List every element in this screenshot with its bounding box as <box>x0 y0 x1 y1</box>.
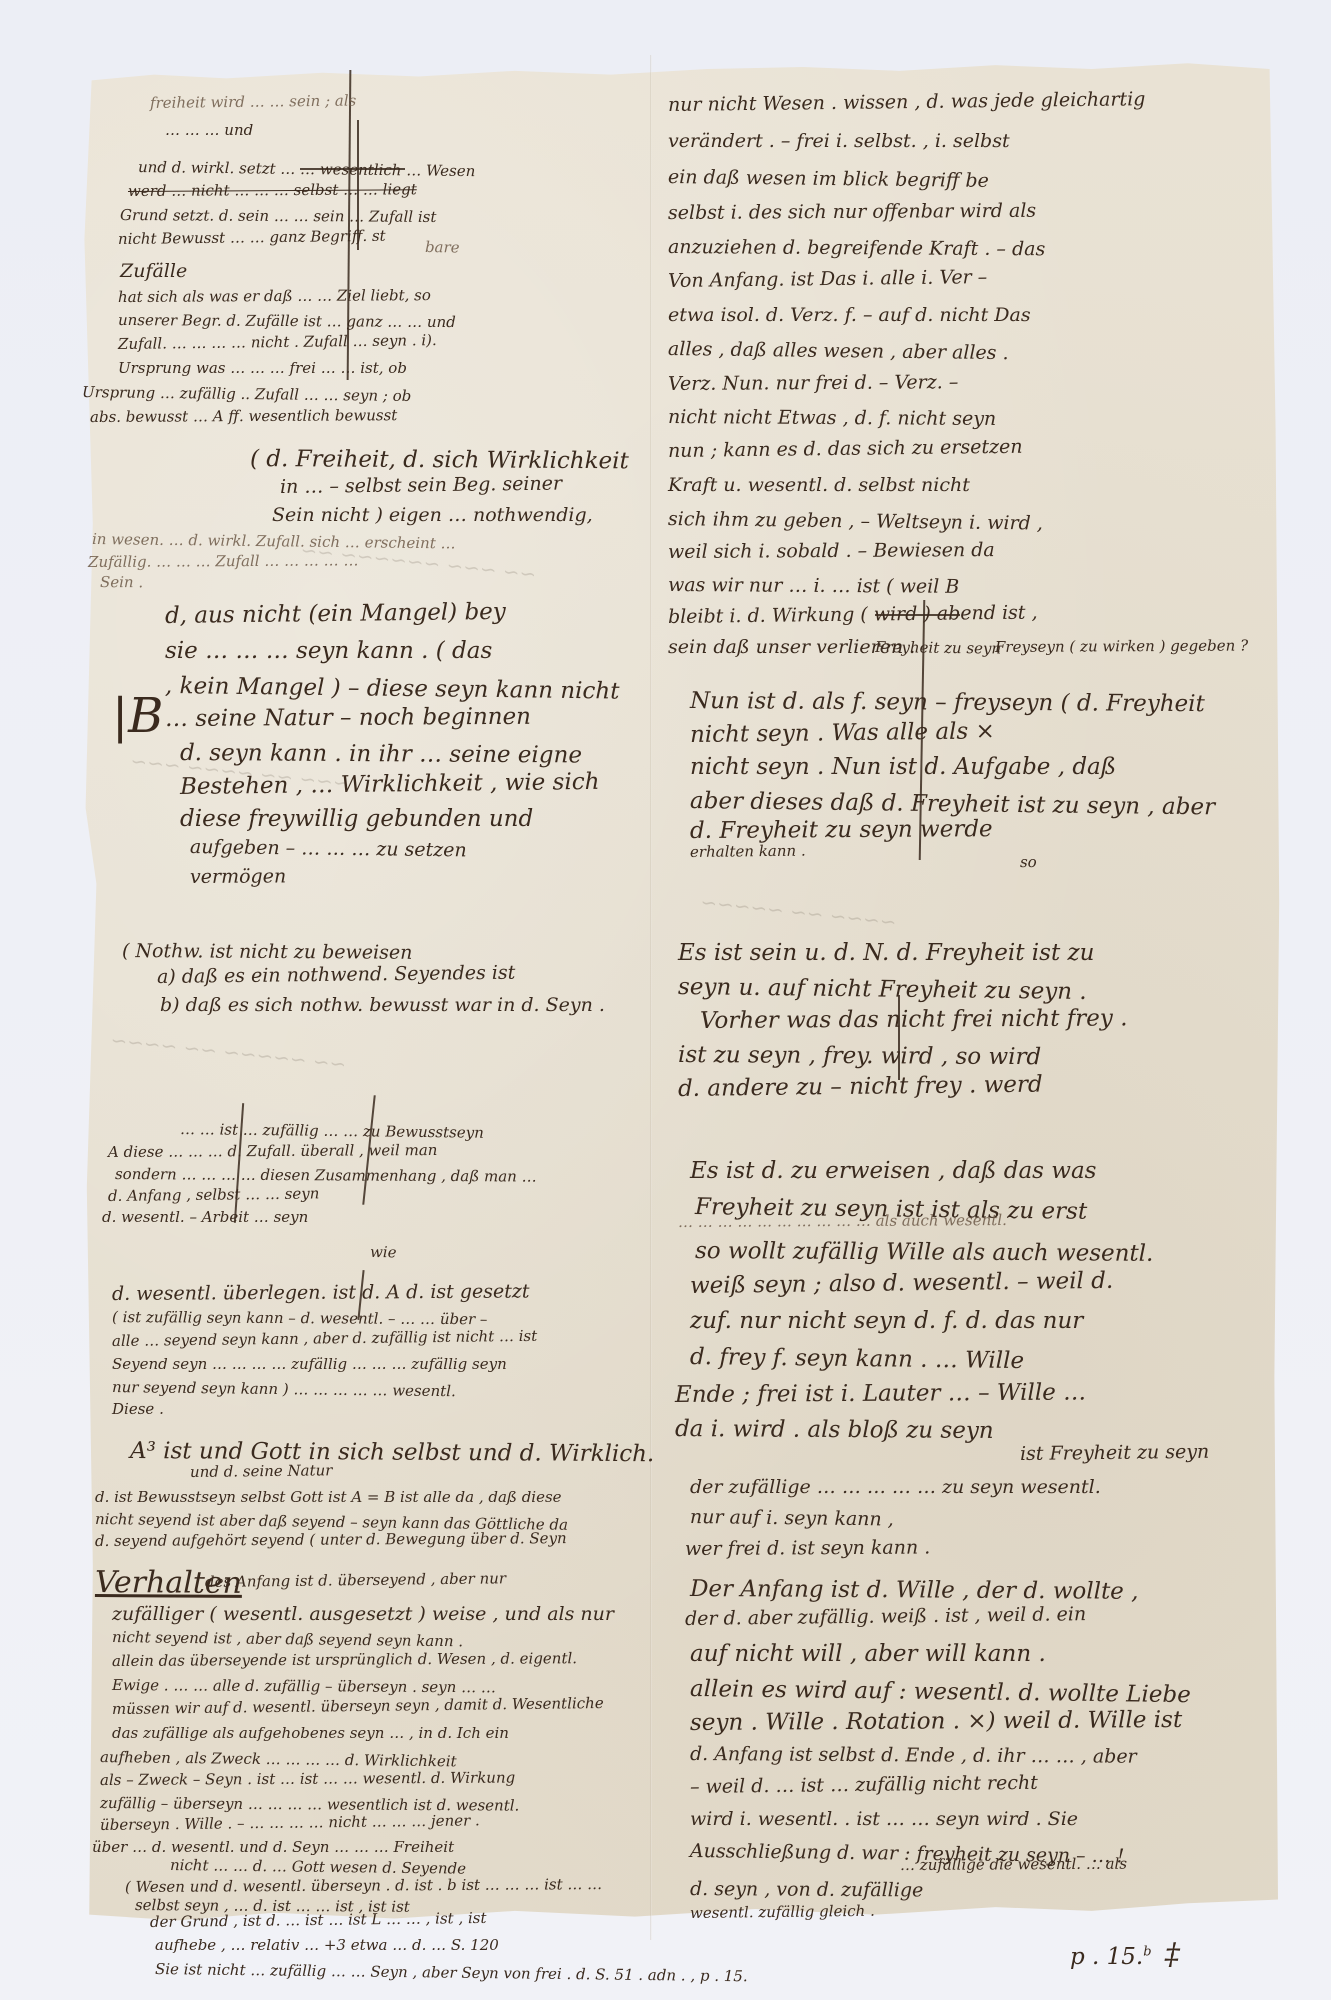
manuscript-line: Zufälle <box>120 262 187 281</box>
manuscript-line: nicht … … d. … Gott wesen d. Seyende <box>170 1858 466 1877</box>
manuscript-line: hat sich als was er daß … … Ziel liebt, … <box>118 288 431 305</box>
manuscript-line: Ende ; frei ist i. Lauter … – Wille … <box>675 1381 1086 1407</box>
manuscript-line: … zufällige die wesentl. … als <box>900 1857 1127 1873</box>
center-fold <box>650 55 652 1940</box>
manuscript-line: d. Anfang , selbst … … seyn <box>108 1186 320 1204</box>
manuscript-line: etwa isol. d. Verz. f. – auf d. nicht Da… <box>668 306 1031 325</box>
manuscript-line: A diese … … … d. Zufall. überall , weil … <box>108 1143 438 1160</box>
manuscript-line: seyn . Wille . Rotation . ×) weil d. Wil… <box>690 1709 1182 1735</box>
manuscript-line: so wollt zufällig Wille als auch wesentl… <box>695 1240 1154 1266</box>
manuscript-line: so <box>1020 855 1037 870</box>
manuscript-line: allein es wird auf : wesentl. d. wollte … <box>690 1678 1191 1707</box>
manuscript-line: über … d. wesentl. und d. Seyn … … … Fre… <box>92 1840 454 1855</box>
manuscript-line: a) daß es ein nothwend. Seyendes ist <box>157 964 516 987</box>
manuscript-line: zuf. nur nicht seyn d. f. d. das nur <box>690 1310 1083 1333</box>
manuscript-line: nur auf i. seyn kann , <box>690 1508 894 1529</box>
manuscript-line: in … – selbst sein Beg. seiner <box>280 475 562 497</box>
manuscript-line: aufgeben – … … … zu setzen <box>190 838 467 860</box>
manuscript-line: Verz. Nun. nur frei d. – Verz. – <box>668 373 958 394</box>
manuscript-line: bleibt i. d. Wirkung ( wird ) abend ist … <box>668 603 1038 627</box>
manuscript-line: nicht Bewusst … … ganz Begriff. st <box>118 229 386 247</box>
manuscript-line: Zufällig. … … … Zufall … … … … … <box>88 553 359 570</box>
manuscript-line: d. seyn , von d. zufällige <box>690 1880 923 1900</box>
manuscript-line: d. seyn kann . in ihr … seine eigne <box>180 742 582 767</box>
manuscript-line: d, aus nicht (ein Mangel) bey <box>165 601 506 628</box>
manuscript-line: des Anfang ist d. überseyend , aber nur <box>205 1571 506 1590</box>
manuscript-line: Zufall. … … … … nicht . Zufall … seyn . … <box>118 333 437 352</box>
manuscript-line: Es ist sein u. d. N. d. Freyheit ist zu <box>678 942 1094 965</box>
manuscript-line: selbst i. des sich nur offenbar wird als <box>668 202 1036 223</box>
manuscript-line: und d. wirkl. setzt … … wesentlich … Wes… <box>138 160 476 179</box>
manuscript-line: d. seyend aufgehört seyend ( unter d. Be… <box>95 1531 567 1549</box>
manuscript-line: erhalten kann . <box>690 844 806 860</box>
manuscript-line: ist zu seyn , frey. wird , so wird <box>678 1044 1041 1069</box>
manuscript-line: alles , daß alles wesen , aber alles . <box>668 340 1009 363</box>
manuscript-line: das zufällige als aufgehobenes seyn … , … <box>112 1726 509 1741</box>
manuscript-line: bare <box>425 240 460 255</box>
manuscript-line: aufhebe , … relativ … +3 etwa … d. … S. … <box>155 1938 499 1953</box>
manuscript-line: ( Nothw. ist nicht zu beweisen <box>122 942 412 963</box>
manuscript-line: ist Freyheit zu seyn <box>1020 1443 1209 1464</box>
manuscript-line: allein das überseyende ist ursprünglich … <box>112 1651 577 1669</box>
manuscript-line: Ursprung … zufällig .. Zufall … … seyn ;… <box>82 385 411 404</box>
manuscript-line: seyn u. auf nicht Freyheit zu seyn . <box>678 976 1087 1004</box>
manuscript-line: weil sich i. sobald . – Bewiesen da <box>668 541 995 562</box>
page-ref-text: p . 15. <box>1070 1944 1143 1970</box>
manuscript-line: unserer Begr. d. Zufälle ist … ganz … … … <box>118 313 456 330</box>
manuscript-line: verändert . – frei i. selbst. , i. selbs… <box>668 132 1010 151</box>
manuscript-line: ( Wesen und d. wesentl. überseyn . d. is… <box>125 1877 602 1895</box>
manuscript-line: auf nicht will , aber will kann . <box>690 1643 1046 1666</box>
manuscript-line: wird i. wesentl. . ist … … seyn wird . S… <box>690 1810 1078 1829</box>
manuscript-line: d. wesentl. überlegen. ist d. A d. ist g… <box>112 1282 530 1304</box>
manuscript-line: und d. seine Natur <box>190 1463 333 1480</box>
manuscript-line: d. Anfang ist selbst d. Ende , d. ihr … … <box>690 1745 1137 1767</box>
cross-mark-icon: ‡ <box>1165 1937 1180 1972</box>
manuscript-line: Ewige . … … alle d. zufällig – überseyn … <box>112 1678 496 1695</box>
manuscript-line: Es ist d. zu erweisen , daß das was <box>690 1160 1097 1183</box>
manuscript-line: d. wesentl. – Arbeit … seyn <box>102 1210 308 1225</box>
manuscript-line: … seine Natur – noch beginnen <box>165 706 531 731</box>
manuscript-line: wie <box>370 1245 397 1260</box>
manuscript-line: Freyseyn ( zu wirken ) gegeben ? <box>995 638 1248 655</box>
manuscript-line: – weil d. … ist … zufällig nicht recht <box>690 1774 1038 1797</box>
manuscript-line: sondern … … … … diesen Zusammenhang , da… <box>115 1167 537 1185</box>
manuscript-line: Vorher was das nicht frei nicht frey . <box>700 1007 1128 1033</box>
manuscript-line: nicht seyend ist , aber daß seyend seyn … <box>112 1630 463 1649</box>
manuscript-line: Kraft u. wesentl. d. selbst nicht <box>668 476 970 495</box>
manuscript-line: Seyend seyn … … … … zufällig … … … zufäl… <box>112 1357 507 1372</box>
manuscript-line: aufheben , als Zweck … … … … d. Wirklich… <box>100 1750 457 1769</box>
manuscript-line: b) daß es sich nothw. bewusst war in d. … <box>160 996 605 1015</box>
manuscript-line: sie … … … seyn kann . ( das <box>165 640 492 663</box>
margin-mark: |B <box>112 692 163 740</box>
manuscript-line: ( d. Freiheit, d. sich Wirklichkeit <box>250 448 629 473</box>
manuscript-line: Von Anfang. ist Das i. alle i. Ver – <box>668 268 987 291</box>
manuscript-line: Nun ist d. als f. seyn – freyseyn ( d. F… <box>690 690 1205 716</box>
manuscript-line: nun ; kann es d. das sich zu ersetzen <box>668 438 1023 461</box>
manuscript-line: wer frei d. ist seyn kann . <box>685 1539 930 1559</box>
manuscript-line: diese freywillig gebunden und <box>180 808 533 831</box>
manuscript-line: freiheit wird … … sein ; als <box>150 93 356 111</box>
manuscript-line: der zufällige … … … … … zu seyn wesentl. <box>690 1478 1101 1497</box>
manuscript-line: der Grund , ist d. … ist … ist L … … , i… <box>150 1911 487 1930</box>
manuscript-line: anzuziehen d. begreifende Kraft . – das <box>668 238 1045 259</box>
manuscript-line: Grund setzt. d. sein … … sein … Zufall i… <box>120 208 437 225</box>
manuscript-line: was wir nur … i. … ist ( weil B <box>668 576 959 597</box>
manuscript-line: da i. wird . als bloß zu seyn <box>675 1418 994 1443</box>
manuscript-line: Ursprung was … … … frei … … ist, ob <box>118 361 407 376</box>
manuscript-line: zufälliger ( wesentl. ausgesetzt ) weise… <box>112 1605 614 1624</box>
manuscript-line: der d. aber zufällig. weiß . ist , weil … <box>685 1605 1086 1629</box>
manuscript-line: d. andere zu – nicht frey . werd <box>678 1074 1043 1101</box>
manuscript-line: überseyn . Wille . – … … … … nicht … … …… <box>100 1813 480 1833</box>
manuscript-line: Sein nicht ) eigen … nothwendig, <box>272 506 593 525</box>
manuscript-line: abs. bewusst … A ff. wesentlich bewusst <box>90 408 397 425</box>
manuscript-line: nur seyend seyn kann ) … … … … … wesentl… <box>112 1380 456 1399</box>
page-reference: p . 15.b ‡ <box>1070 1940 1180 1970</box>
manuscript-line: Sein . <box>100 575 143 590</box>
manuscript-line: sich ihm zu geben , – Weltseyn i. wird , <box>668 510 1043 534</box>
manuscript-line: als – Zweck – Seyn . ist … ist … … wesen… <box>100 1770 515 1788</box>
manuscript-line: … … … … … … … … … … als auch wesentl. <box>678 1213 1007 1230</box>
manuscript-line: nicht nicht Etwas , d. f. nicht seyn <box>668 408 996 429</box>
manuscript-line: … … ist … zufällig … … zu Bewusstseyn <box>180 1122 484 1141</box>
manuscript-line: in wesen. … d. wirkl. Zufall. sich … ers… <box>92 532 456 551</box>
manuscript-line: ( ist zufällig seyn kann – d. wesentl. –… <box>112 1310 488 1327</box>
manuscript-line: wesentl. zufällig gleich . <box>690 1904 875 1921</box>
manuscript-line: weiß seyn ; also d. wesentl. – weil d. <box>690 1270 1113 1298</box>
manuscript-line: ein daß wesen im blick begriff be <box>668 168 989 191</box>
manuscript-line: , kein Mangel ) – diese seyn kann nicht <box>165 675 620 704</box>
manuscript-line: Freyheit zu seyn <box>875 640 1001 657</box>
page-ref-superscript: b <box>1143 1944 1151 1959</box>
manuscript-line: Bestehen , … Wirklichkeit , wie sich <box>180 771 600 799</box>
manuscript-line: Der Anfang ist d. Wille , der d. wollte … <box>690 1578 1139 1604</box>
manuscript-line: … … … und <box>165 123 253 138</box>
manuscript-line: Diese . <box>112 1402 164 1417</box>
manuscript-line: werd … nicht … … … selbst … … liegt <box>128 182 417 199</box>
manuscript-line: vermögen <box>190 867 286 887</box>
manuscript-line: d. ist Bewusstseyn selbst Gott ist A = B… <box>95 1490 562 1505</box>
manuscript-line: nicht seyn . Was alle als × <box>690 720 995 747</box>
manuscript-line: d. frey f. seyn kann . … Wille <box>690 1346 1024 1373</box>
manuscript-line: d. Freyheit zu seyn werde <box>690 818 993 843</box>
manuscript-line: nicht seyn . Nun ist d. Aufgabe , daß <box>690 756 1116 779</box>
